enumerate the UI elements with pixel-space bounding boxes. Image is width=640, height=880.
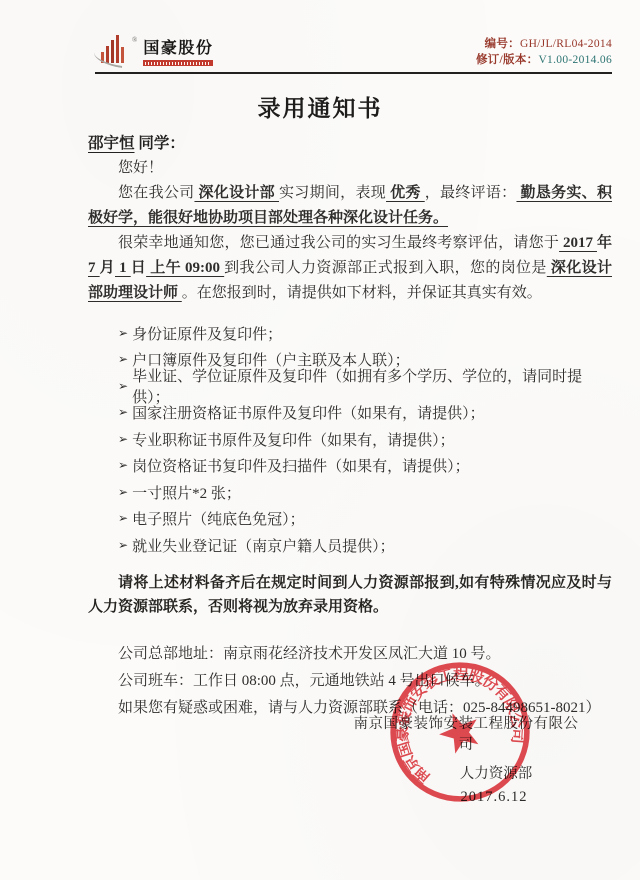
text-segment: 年 — [597, 235, 612, 251]
material-item: ➢就业失业登记证（南京户籍人员提供）； — [118, 532, 612, 559]
material-item-text: 身份证原件及复印件； — [132, 323, 282, 344]
text-segment: 很荣幸地通知您，您已通过我公司的实习生最终考察评估，请您于 — [118, 235, 559, 251]
revision-line: 修订/版本：V1.00-2014.06 — [476, 52, 612, 68]
material-item-text: 专业职称证书原件及复印件（如果有，请提供）； — [132, 429, 455, 450]
logo-tagline-band — [143, 60, 213, 66]
materials-list: ➢身份证原件及复印件；➢户口簿原件及复印件（户主联及本人联）；➢毕业证、学位证原… — [118, 320, 612, 559]
info-line: 公司总部地址：南京雨花经济技术开发区凤汇大道 10 号。 — [118, 641, 612, 668]
doc-number-label: 编号： — [485, 38, 520, 50]
text-segment: 深化设计部 — [194, 185, 279, 201]
text-segment: 月 — [100, 260, 115, 276]
material-item-text: 一寸照片*2 张； — [132, 482, 241, 503]
salutation: 邵宇恒 同学： — [88, 132, 612, 156]
greeting: 您好！ — [88, 156, 612, 181]
arrow-bullet-icon: ➢ — [118, 458, 128, 473]
material-item: ➢毕业证、学位证原件及复印件（如拥有多个学历、学位的，请同时提供）； — [118, 373, 612, 400]
document-meta: 编号：GH/JL/RL04-2014 修订/版本：V1.00-2014.06 — [476, 36, 612, 68]
revision-label: 修订/版本： — [476, 54, 539, 66]
registered-trademark-icon: ® — [132, 36, 137, 44]
arrow-bullet-icon: ➢ — [118, 405, 128, 420]
material-item-text: 电子照片（纯底色免冠）； — [132, 508, 305, 529]
contact-info: 公司总部地址：南京雨花经济技术开发区凤汇大道 10 号。公司班车：工作日 08:… — [88, 641, 612, 722]
logo-bars-icon — [95, 34, 131, 66]
arrow-bullet-icon: ➢ — [118, 511, 128, 526]
material-item: ➢身份证原件及复印件； — [118, 320, 612, 347]
onboarding-paragraph: 很荣幸地通知您，您已通过我公司的实习生最终考察评估，请您于 2017 年 7 月… — [88, 231, 612, 306]
material-item: ➢专业职称证书原件及复印件（如果有，请提供）； — [118, 426, 612, 453]
company-logo: ® 国豪股份 — [95, 34, 213, 66]
arrow-bullet-icon: ➢ — [118, 352, 128, 367]
text-segment: ，最终评语： — [425, 185, 517, 201]
material-item: ➢一寸照片*2 张； — [118, 479, 612, 506]
document-header: ® 国豪股份 编号：GH/JL/RL04-2014 修订/版本：V1.00-20… — [95, 34, 612, 72]
document-title: 录用通知书 — [0, 90, 640, 123]
material-item-text: 就业失业登记证（南京户籍人员提供）； — [132, 535, 395, 556]
recipient-name: 邵宇恒 — [88, 135, 135, 152]
material-item: ➢电子照片（纯底色免冠）； — [118, 506, 612, 533]
arrow-bullet-icon: ➢ — [118, 432, 128, 447]
arrow-bullet-icon: ➢ — [118, 379, 128, 394]
notice-paragraph: 请将上述材料备齐后在规定时间到人力资源部报到,如有特殊情况应及时与人力资源部联系… — [88, 571, 612, 619]
material-item-text: 岗位资格证书复印件及扫描件（如果有，请提供）； — [132, 455, 470, 476]
header-divider — [95, 72, 612, 74]
evaluation-paragraph: 您在我公司 深化设计部 实习期间，表现 优秀 ，最终评语： 勤恳务实、积极好学，… — [88, 181, 612, 231]
offer-letter-page: ® 国豪股份 编号：GH/JL/RL04-2014 修订/版本：V1.00-20… — [0, 0, 640, 880]
text-segment: 7 — [88, 260, 100, 276]
material-item: ➢岗位资格证书复印件及扫描件（如果有，请提供）； — [118, 453, 612, 480]
brand-name: 国豪股份 — [143, 40, 213, 58]
text-segment: 到我公司人力资源部正式报到入职，您的岗位是 — [224, 260, 547, 276]
revision-value: V1.00-2014.06 — [538, 54, 612, 66]
material-item-text: 国家注册资格证书原件及复印件（如果有，请提供）； — [132, 402, 485, 423]
text-segment: 实习期间，表现 — [279, 185, 386, 201]
arrow-bullet-icon: ➢ — [118, 326, 128, 341]
doc-number-value: GH/JL/RL04-2014 — [520, 38, 612, 50]
text-segment: 1 — [115, 260, 131, 276]
salutation-suffix: 同学： — [135, 135, 185, 152]
text-segment: 2017 — [559, 235, 597, 251]
text-segment: 上午 09:00 — [146, 260, 224, 276]
text-segment: 优秀 — [386, 185, 425, 201]
doc-number-line: 编号：GH/JL/RL04-2014 — [476, 36, 612, 52]
arrow-bullet-icon: ➢ — [118, 538, 128, 553]
arrow-bullet-icon: ➢ — [118, 485, 128, 500]
text-segment: 日 — [131, 260, 146, 276]
seal-star-icon — [434, 706, 486, 757]
text-segment: 您在我公司 — [118, 185, 194, 201]
material-item-text: 毕业证、学位证原件及复印件（如拥有多个学历、学位的，请同时提供）； — [132, 365, 612, 407]
text-segment: 。在您报到时，请提供如下材料，并保证其真实有效。 — [182, 285, 542, 301]
